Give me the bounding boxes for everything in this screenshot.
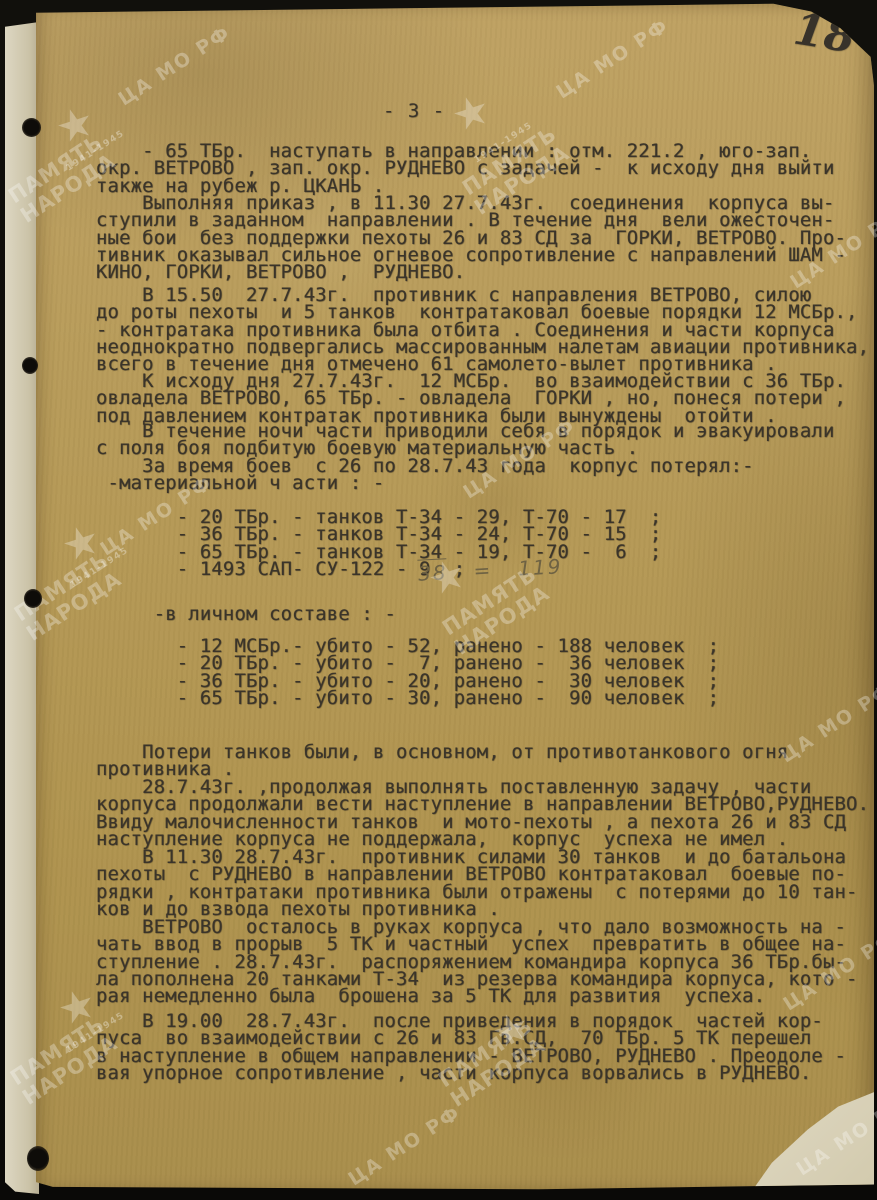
typed-page-number: - 3 - xyxy=(383,100,445,122)
torn-corner-patch xyxy=(736,1090,874,1194)
pencil-equals: = xyxy=(473,558,493,583)
pencil-number: 38 xyxy=(417,558,448,586)
paragraph-losses-intro: За время боев с 26 по 28.7.43 года корпу… xyxy=(96,458,754,493)
punch-hole xyxy=(22,118,41,137)
paragraph-order-65tbr: - 65 ТБр. наступать в направлении : отм.… xyxy=(96,143,835,195)
paragraph-day-results: К исходу дня 27.7.43г. 12 МСБр. во взаим… xyxy=(96,373,846,425)
materiel-losses-list: - 20 ТБр. - танков Т-34 - 29, Т-70 - 17 … xyxy=(96,509,661,578)
handwritten-page-number: 18 xyxy=(790,4,858,64)
pencil-sum-note: 38=119 xyxy=(417,554,562,586)
personnel-losses-list: - 12 МСБр.- убито - 52, ранено - 188 чел… xyxy=(96,638,719,707)
punch-hole xyxy=(24,589,42,608)
underlying-page-edge xyxy=(5,22,39,1194)
paper-sheet: 18 - 3 - - 65 ТБр. наступать в направлен… xyxy=(36,2,874,1194)
document-scan: 18 - 3 - - 65 ТБр. наступать в направлен… xyxy=(0,0,877,1200)
punch-hole xyxy=(22,357,38,374)
paragraph-enemy-counter: В 11.30 28.7.43г. противник силами 30 та… xyxy=(96,849,858,918)
paragraph-counterattack: В 15.50 27.7.43г. противник с направлени… xyxy=(96,287,869,373)
paragraph-evening-attack: В 19.00 28.7.43г. после приведения в пор… xyxy=(96,1013,846,1082)
paragraph-tank-losses: Потери танков были, в основном, от проти… xyxy=(96,744,788,779)
pencil-total: 119 xyxy=(518,554,563,580)
paragraph-offensive-start: Выполняя приказ , в 11.30 27.7.43г. соед… xyxy=(96,195,846,281)
paragraph-28-july: 28.7.43г. ,продолжая выполнять поставлен… xyxy=(96,779,869,848)
paragraph-night-recovery: В течение ночи части приводили себя в по… xyxy=(96,423,835,458)
personnel-losses-heading: -в личном составе : - xyxy=(96,606,396,623)
punch-hole xyxy=(27,1146,49,1171)
paragraph-vetrovo-held: ВЕТРОВО осталось в руках корпуса , что д… xyxy=(96,919,858,1005)
